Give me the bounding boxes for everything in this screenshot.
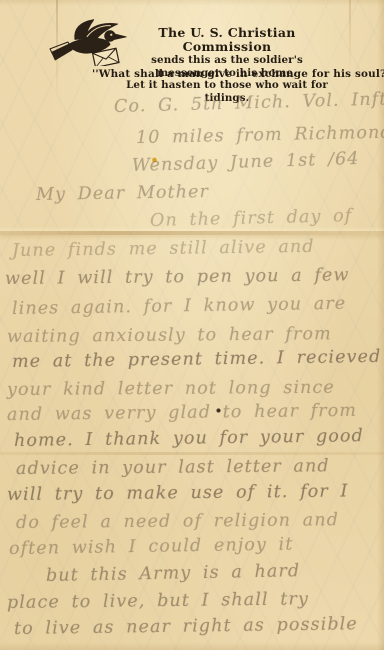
handwritten-line: 10 miles from Richmond — [136, 123, 384, 148]
handwritten-line: On the first day of — [150, 206, 353, 231]
handwritten-line: to live as near right as possible — [14, 614, 358, 639]
handwritten-line: June finds me still alive and — [12, 237, 315, 261]
handwritten-line: home. I thank you for your good — [14, 426, 364, 451]
paper-edge-shadow-bottom — [0, 642, 384, 650]
handwritten-line: do feel a need of religion and — [16, 510, 339, 533]
letter-scan: The U. S. Christian Commission sends thi… — [0, 0, 384, 650]
handwritten-line: advice in your last letter and — [16, 456, 330, 479]
fold-crease-vertical — [349, 0, 351, 70]
handwritten-line: well I will try to pen you a few — [5, 265, 350, 289]
letterhead-org-name: The U. S. Christian Commission — [122, 26, 332, 54]
handwritten-line: My Dear Mother — [36, 182, 209, 205]
fold-crease-horizontal — [0, 231, 384, 235]
paper-edge-shadow-top — [0, 0, 384, 6]
handwritten-line: your kind letter not long since — [7, 378, 335, 400]
fold-crease-horizontal — [0, 452, 384, 455]
handwritten-line: often wish I could enjoy it — [9, 535, 294, 559]
handwritten-line: lines again. for I know you are — [12, 294, 347, 319]
handwritten-line: and was verry glad to hear from — [7, 401, 357, 425]
handwritten-line: me at the present time. I recieved — [12, 347, 382, 372]
handwritten-line: place to live, but I shall try — [7, 589, 309, 613]
handwritten-line: will try to make use of it. for I — [7, 481, 349, 505]
letterhead-scripture-quote: ''What shall a man give in exchange for … — [20, 68, 384, 80]
handwritten-line: but this Army is a hard — [46, 561, 301, 586]
handwritten-line: waiting anxiously to hear from — [7, 324, 332, 347]
handwritten-line: Wensday June 1st /64 — [132, 149, 360, 176]
